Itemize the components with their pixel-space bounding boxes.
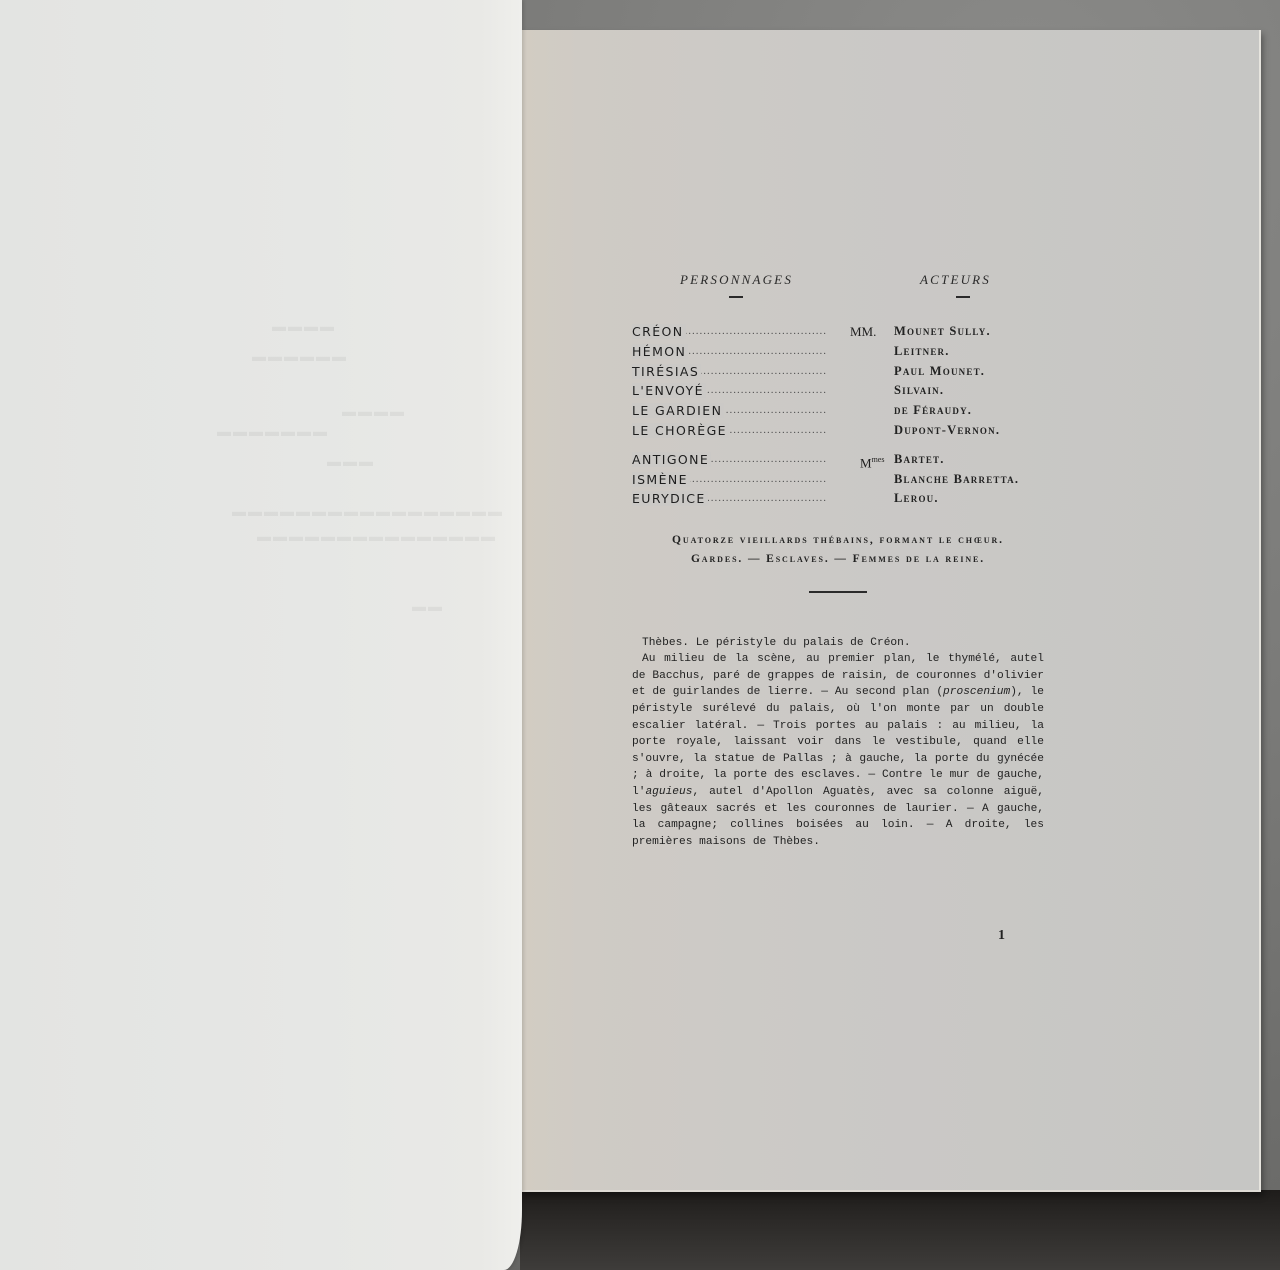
role-name: TIRÉSIAS [632,362,701,382]
role-name: ISMÈNE [632,470,690,490]
stage-description: Au milieu de la scène, au premier plan, … [632,651,1044,850]
role-name: HÉMON [632,342,688,362]
actor-name: Blanche Barretta. [894,470,1019,490]
role-name: ANTIGONE [632,450,711,470]
section-rule [809,591,867,593]
actor-name: Silvain. [894,381,944,401]
cast-row: ........................................… [632,362,1044,382]
header-dash-personnages [729,296,743,298]
cast-block-women: ........................................… [632,450,1044,509]
show-through-text: ▬▬▬▬▬▬▬▬▬▬▬▬▬▬▬▬▬ [230,505,502,521]
cast-row: ........................................… [632,450,1044,470]
role-name: LE CHORÈGE [632,421,729,441]
cast-list-headers: PERSONNAGES ACTEURS [632,270,1044,310]
cast-row: ........................................… [632,421,1044,441]
actor-name: Leitner. [894,342,950,362]
role-name: L'ENVOYÉ [632,381,706,401]
header-acteurs: ACTEURS [920,272,991,288]
cast-row: ........................................… [632,342,1044,362]
cast-row: ........................................… [632,470,1044,490]
actor-name: de Féraudy. [894,401,972,421]
show-through-text: ▬▬▬▬▬▬ [250,350,346,366]
show-through-text: ▬▬▬▬▬▬▬ [215,425,327,441]
left-page-blank-verso: ▬▬▬▬ ▬▬▬▬▬▬ ▬▬▬▬ ▬▬▬▬▬▬▬ ▬▬▬ ▬▬▬▬▬▬▬▬▬▬▬… [0,0,522,1270]
page-number: 1 [998,928,1005,944]
show-through-rule: ▬▬ [410,600,442,616]
role-name: LE GARDIEN [632,401,724,421]
show-through-text: ▬▬▬▬ [340,405,404,421]
actor-name: Dupont-Vernon. [894,421,1000,441]
show-through-text: ▬▬▬▬▬▬▬▬▬▬▬▬▬▬▬ [255,530,495,546]
page-content: PERSONNAGES ACTEURS ....................… [632,270,1044,850]
header-dash-acteurs [956,296,970,298]
cast-block-men: ........................................… [632,322,1044,441]
extras-line: Gardes. — Esclaves. — Femmes de la reine… [632,550,1044,569]
role-name: EURYDICE [632,489,708,509]
honorific-mm: MM. [850,322,876,342]
show-through-text: ▬▬▬ [325,455,373,471]
role-name: CRÉON [632,322,686,342]
cast-row: ........................................… [632,401,1044,421]
actor-name: Mounet Sully. [894,322,991,342]
chorus-line: Quatorze vieillards thébains, formant le… [632,531,1044,550]
cast-row: ........................................… [632,489,1044,509]
header-personnages: PERSONNAGES [680,272,793,288]
cast-row: ........................................… [632,322,1044,342]
actor-name: Lerou. [894,489,939,509]
show-through-text: ▬▬▬▬ [270,320,334,336]
chorus-and-extras: Quatorze vieillards thébains, formant le… [632,531,1044,569]
cast-row: ........................................… [632,381,1044,401]
actor-name: Paul Mounet. [894,362,985,382]
stage-directions: Thèbes. Le péristyle du palais de Créon.… [632,635,1044,851]
actor-name: Bartet. [894,450,945,470]
stage-setting: Thèbes. Le péristyle du palais de Créon. [632,635,1044,652]
